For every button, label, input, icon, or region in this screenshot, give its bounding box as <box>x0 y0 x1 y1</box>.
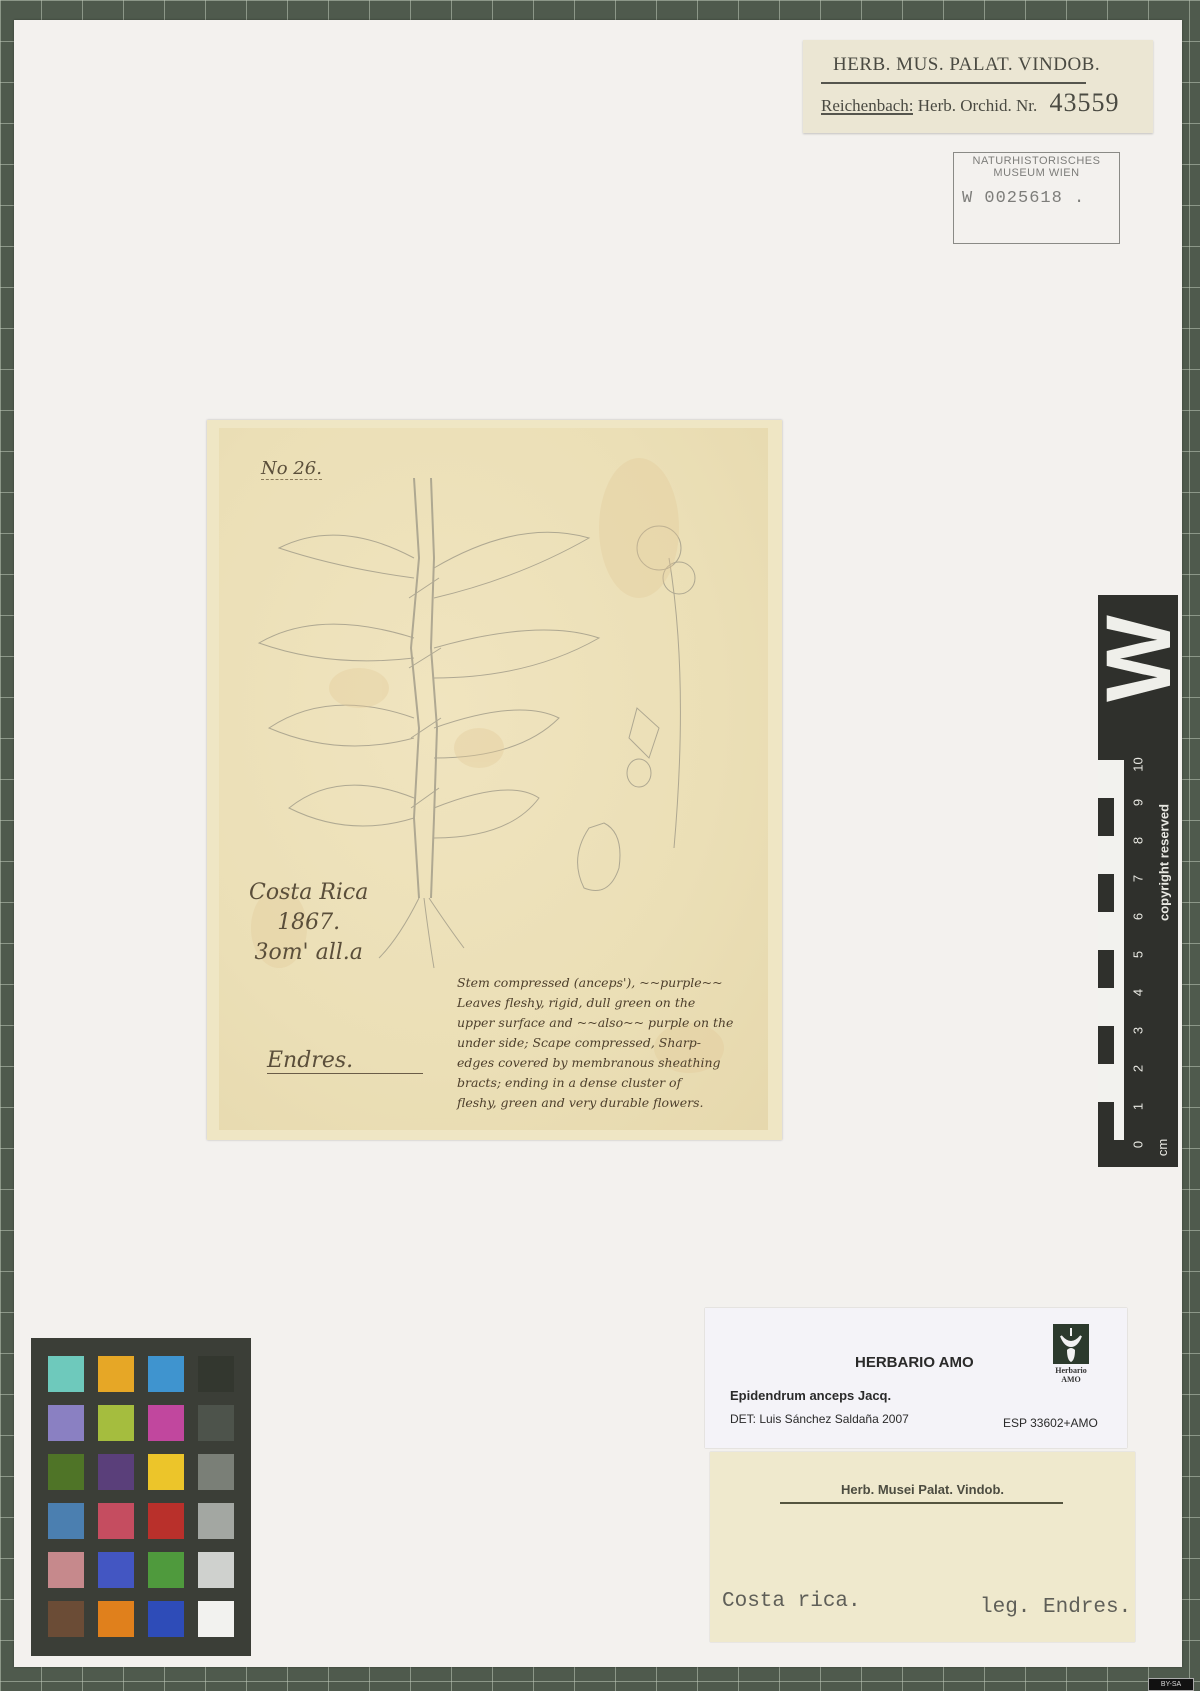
museum-logo-icon: W <box>1097 632 1181 702</box>
tick-block <box>1098 760 1124 798</box>
color-swatch <box>148 1356 184 1392</box>
note-line: Stem compressed (anceps'), ~~purple~~ <box>457 973 757 993</box>
locality: Costa rica. <box>722 1590 861 1613</box>
divider <box>821 82 1086 84</box>
scale-number: 6 <box>1131 909 1146 925</box>
tick-block <box>1098 836 1124 874</box>
scale-numbers: 10 9 8 7 6 5 4 3 2 1 0 <box>1130 757 1146 1157</box>
color-swatch <box>198 1552 234 1588</box>
tick-block <box>1098 1102 1124 1140</box>
collector: leg. Endres. <box>980 1596 1131 1619</box>
color-swatch <box>148 1601 184 1637</box>
tick-block <box>1098 798 1124 836</box>
scale-bar: W 10 9 8 7 6 5 4 3 2 1 0 copyright reser… <box>1098 595 1178 1167</box>
color-swatch <box>48 1601 84 1637</box>
logo-caption: Herbario AMO <box>1039 1366 1103 1384</box>
underline <box>821 113 913 115</box>
note-line: Leaves fleshy, rigid, dull green on the <box>457 993 757 1013</box>
scale-number: 10 <box>1131 757 1146 773</box>
scale-number: 8 <box>1131 833 1146 849</box>
tick-block <box>1098 950 1124 988</box>
note-line: under side; Scape compressed, Sharp- <box>457 1033 757 1053</box>
scale-number: 1 <box>1131 1099 1146 1115</box>
color-swatch <box>98 1454 134 1490</box>
tick-block <box>1098 912 1124 950</box>
museum-stamp: NATURHISTORISCHES MUSEUM WIEN W 0025618 … <box>953 152 1120 244</box>
color-swatch <box>98 1405 134 1441</box>
stamp-line-1: NATURHISTORISCHES <box>954 155 1119 167</box>
herbarium-name: HERB. MUS. PALAT. VINDOB. <box>833 54 1100 76</box>
color-swatch <box>48 1552 84 1588</box>
drawing-number: No 26. <box>261 458 322 480</box>
logo-caption-line: AMO <box>1039 1375 1103 1384</box>
stamp-line-2: MUSEUM WIEN <box>954 167 1119 179</box>
collection-header: Herb. Musei Palat. Vindob. <box>710 1482 1135 1497</box>
note-line: bracts; ending in a dense cluster of <box>457 1073 757 1093</box>
unit-label: cm <box>1155 1139 1170 1156</box>
collector-signature: Endres. <box>267 1048 423 1074</box>
color-swatch <box>48 1356 84 1392</box>
color-swatch <box>148 1454 184 1490</box>
scale-number: 3 <box>1131 1023 1146 1039</box>
year-text: 1867. <box>249 908 368 938</box>
scale-number: 5 <box>1131 947 1146 963</box>
specimen-number: ESP 33602+AMO <box>1003 1416 1098 1430</box>
color-swatch <box>48 1503 84 1539</box>
color-swatch <box>198 1405 234 1441</box>
determination-label: HERBARIO AMO Herbario AMO Epidendrum anc… <box>705 1308 1127 1448</box>
stamp-institution: NATURHISTORISCHES MUSEUM WIEN <box>954 155 1119 179</box>
color-swatch <box>148 1405 184 1441</box>
tick-block <box>1098 874 1124 912</box>
color-swatch <box>198 1601 234 1637</box>
locality-text: Costa Rica <box>249 878 368 908</box>
color-swatch <box>48 1405 84 1441</box>
note-line: edges covered by membranous sheathing <box>457 1053 757 1073</box>
annotation-text: 3om' all.a <box>249 938 368 968</box>
color-calibration-chart <box>31 1338 251 1656</box>
color-swatch <box>48 1454 84 1490</box>
color-swatch <box>98 1356 134 1392</box>
color-swatch <box>98 1503 134 1539</box>
handwritten-description: Stem compressed (anceps'), ~~purple~~ Le… <box>457 973 757 1113</box>
scale-number: 4 <box>1131 985 1146 1001</box>
scale-number: 9 <box>1131 795 1146 811</box>
barcode-id: W 0025618 . <box>962 189 1085 208</box>
tick-block <box>1098 1064 1124 1102</box>
tick-block <box>1098 1026 1124 1064</box>
color-swatch <box>148 1503 184 1539</box>
divider <box>780 1502 1063 1504</box>
drawing-locality: Costa Rica 1867. 3om' all.a <box>249 878 368 968</box>
drawing-paper: No 26. Costa Rica 1867. 3om' all.a Endre… <box>219 428 768 1130</box>
collection-text: Herb. Orchid. Nr. <box>918 96 1037 115</box>
copyright-notice: copyright reserved <box>1150 765 1170 965</box>
tick-block <box>1098 988 1124 1026</box>
color-swatch <box>198 1356 234 1392</box>
herbario-amo-logo-icon <box>1053 1324 1089 1364</box>
logo-caption-line: Herbario <box>1039 1366 1103 1375</box>
license-badge-icon: BY-SA <box>1148 1678 1194 1691</box>
color-swatch <box>98 1552 134 1588</box>
scale-number: 0 <box>1131 1137 1146 1153</box>
species-name: Epidendrum anceps Jacq. <box>730 1388 891 1403</box>
accession-number: 43559 <box>1049 88 1119 117</box>
determiner: DET: Luis Sánchez Saldaña 2007 <box>730 1412 909 1426</box>
color-swatch <box>98 1601 134 1637</box>
copyright-text: copyright reserved <box>1157 763 1172 963</box>
color-swatch <box>198 1454 234 1490</box>
orchid-logo-icon <box>1053 1324 1089 1364</box>
collection-label: Herb. Musei Palat. Vindob. Costa rica. l… <box>710 1452 1135 1642</box>
herbarium-title: HERBARIO AMO <box>855 1354 974 1371</box>
color-swatch <box>148 1552 184 1588</box>
note-line: fleshy, green and very durable flowers. <box>457 1093 757 1113</box>
note-line: upper surface and ~~also~~ purple on the <box>457 1013 757 1033</box>
color-swatch <box>198 1503 234 1539</box>
scale-number: 7 <box>1131 871 1146 887</box>
accession-label: HERB. MUS. PALAT. VINDOB. Reichenbach: H… <box>803 40 1153 133</box>
botanical-drawing: No 26. Costa Rica 1867. 3om' all.a Endre… <box>207 420 782 1140</box>
scale-ticks <box>1098 760 1124 1160</box>
scale-number: 2 <box>1131 1061 1146 1077</box>
